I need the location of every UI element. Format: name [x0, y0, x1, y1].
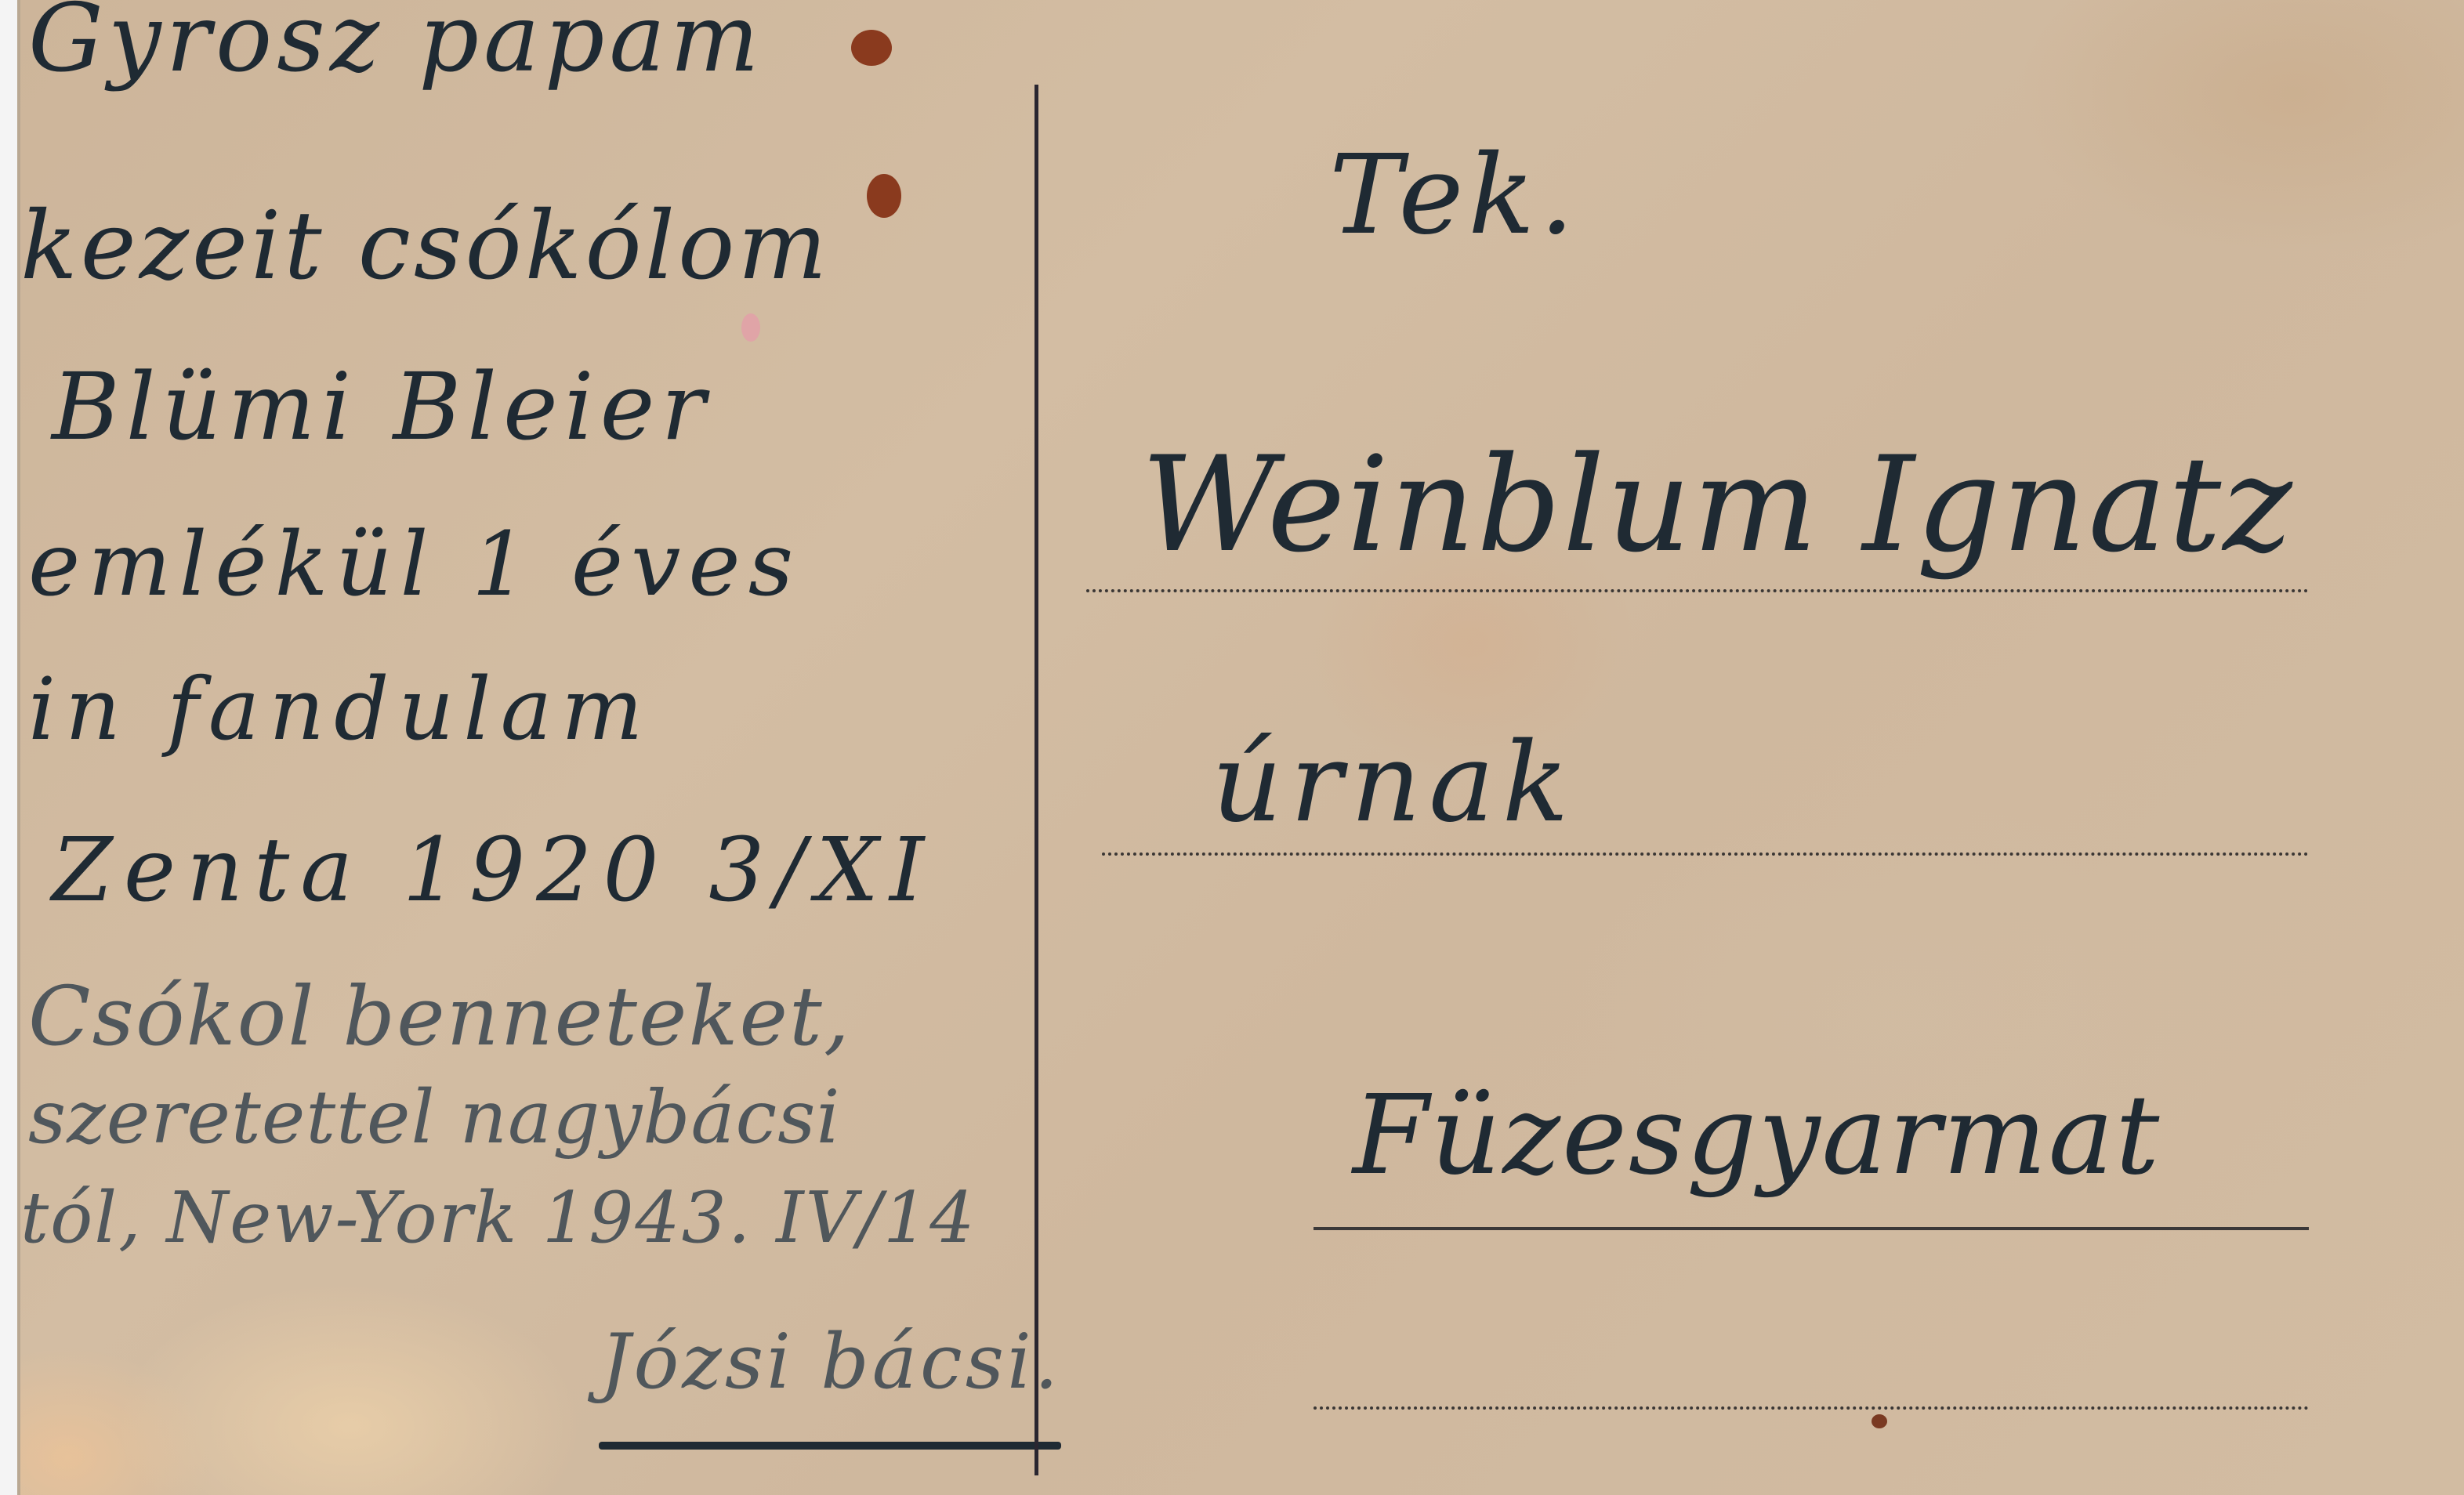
- recipient-suffix: úrnak: [1212, 729, 1577, 838]
- signature-underline: [599, 1442, 1061, 1450]
- address-line-2: [1102, 852, 2309, 856]
- message-line-1: Gyrosz papam: [28, 0, 764, 86]
- message-line-7: Csókol benneteket,: [28, 976, 851, 1057]
- message-signature: Józsi bácsi.: [600, 1324, 1061, 1399]
- message-line-2: kezeit csókólom: [20, 200, 830, 294]
- message-line-4: emlékül 1 éves: [28, 521, 801, 609]
- recipient-name: Weinblum Ignatz: [1141, 439, 2294, 570]
- address-line-3: [1314, 1227, 2309, 1230]
- message-line-9: tól, New-York 1943. IV/14: [20, 1183, 977, 1254]
- message-line-3: Blümi Bleier: [52, 360, 712, 453]
- ink-stain: [1872, 1414, 1887, 1428]
- card-divider-line: [1035, 85, 1038, 1475]
- address-salutation: Tek.: [1329, 141, 1579, 251]
- message-line-8: szeretettel nagybácsi: [28, 1081, 841, 1155]
- postcard: Gyrosz papam kezeit csókólom Blümi Bleie…: [17, 0, 2464, 1495]
- ink-stain: [867, 174, 901, 218]
- ink-stain: [851, 30, 892, 66]
- message-line-5: in fandulam: [28, 666, 652, 752]
- recipient-town: Füzesgyarmat: [1353, 1081, 2161, 1191]
- address-line-1: [1086, 589, 2309, 592]
- ink-stain: [741, 313, 760, 342]
- address-line-4: [1314, 1406, 2309, 1410]
- message-line-6: Zenta 1920 3/XI: [52, 827, 935, 914]
